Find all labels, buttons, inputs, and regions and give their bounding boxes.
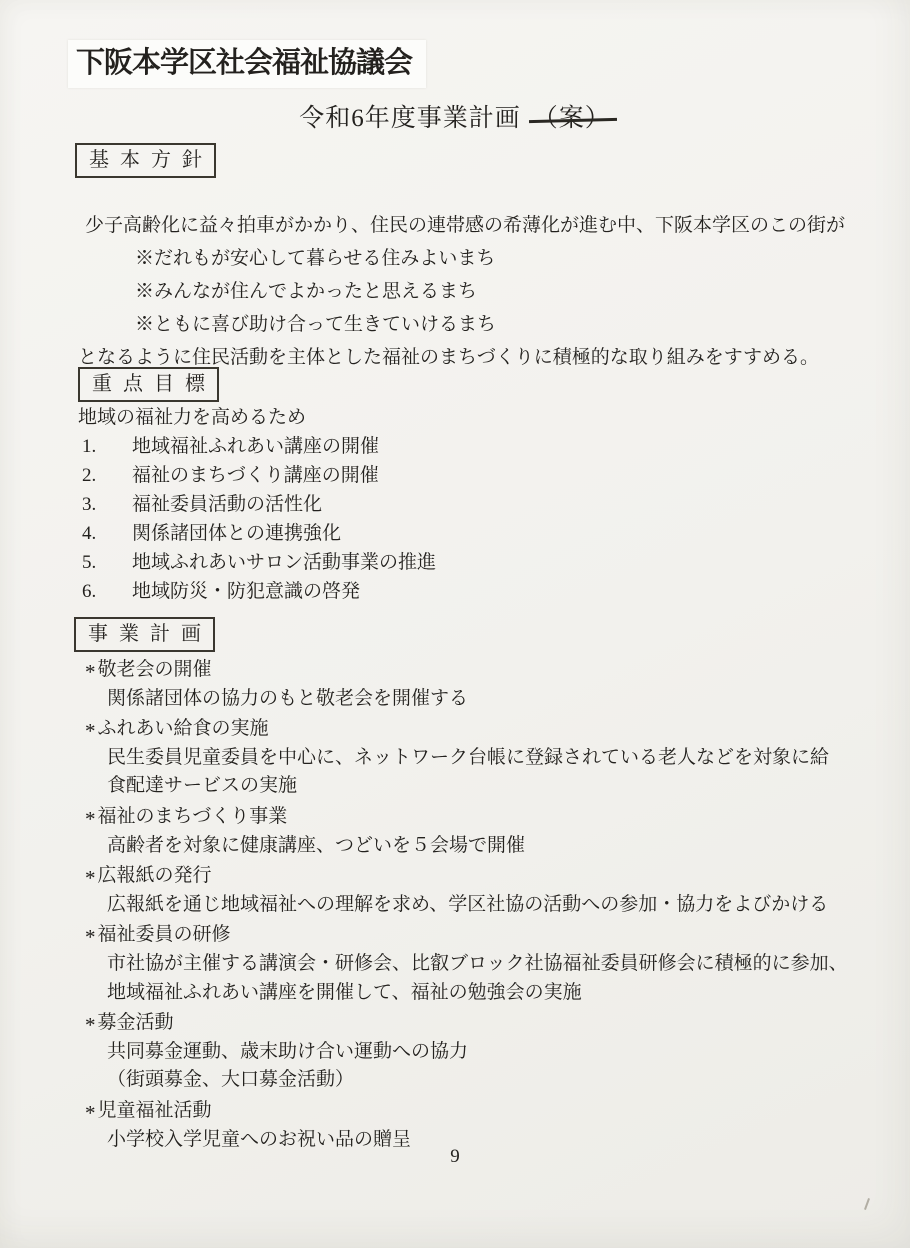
plan-item-detail: 共同募金運動、歳末助け合い運動への協力 bbox=[107, 1038, 910, 1067]
priority-goal-item: 3.福祉委員活動の活性化 bbox=[82, 490, 910, 519]
plan-item-title-text: ふれあい給食の実施 bbox=[98, 718, 269, 739]
plan-title: 令和6年度事業計画（案） bbox=[0, 102, 910, 136]
plan-item-title-text: 児童福祉活動 bbox=[98, 1100, 212, 1121]
organization-title-strip: 下阪本学区社会福祉協議会 bbox=[68, 40, 426, 88]
asterisk-marker: * bbox=[85, 805, 96, 834]
goal-number: 1. bbox=[82, 432, 132, 461]
basic-policy-intro: 少子高齢化に益々拍車がかかり、住民の連帯感の希薄化が進む中、下阪本学区のこの街が bbox=[85, 209, 910, 242]
priority-goal-item: 1.地域福祉ふれあい講座の開催 bbox=[82, 432, 910, 461]
goal-text: 福祉のまちづくり講座の開催 bbox=[132, 465, 379, 486]
plan-item-detail: 市社協が主催する講演会・研修会、比叡ブロック社協福祉委員研修会に積極的に参加、 bbox=[107, 950, 910, 979]
asterisk-marker: * bbox=[85, 1011, 96, 1040]
section-heading-basic-policy: 基本方針 bbox=[75, 143, 216, 178]
plan-item-title: *福祉委員の研修 bbox=[85, 919, 910, 950]
organization-title: 下阪本学区社会福祉協議会 bbox=[76, 45, 412, 81]
plan-item-title-text: 募金活動 bbox=[98, 1012, 174, 1033]
plan-item-title-text: 福祉委員の研修 bbox=[98, 924, 231, 945]
plan-item-title: *福祉のまちづくり事業 bbox=[85, 801, 910, 832]
section-heading-priority-goals: 重点目標 bbox=[78, 367, 219, 402]
scan-artifact bbox=[864, 1198, 870, 1210]
document-page: 下阪本学区社会福祉協議会 令和6年度事業計画（案） 基本方針 少子高齢化に益々拍… bbox=[0, 0, 910, 1248]
goal-text: 関係諸団体との連携強化 bbox=[132, 523, 341, 544]
goal-text: 福祉委員活動の活性化 bbox=[132, 494, 322, 515]
plan-item-title: *ふれあい給食の実施 bbox=[85, 713, 910, 744]
plan-item-title-text: 福祉のまちづくり事業 bbox=[98, 806, 288, 827]
priority-goals-lead: 地域の福祉力を高めるため bbox=[78, 403, 910, 432]
goal-number: 5. bbox=[82, 548, 132, 577]
plan-item-title: *募金活動 bbox=[85, 1007, 910, 1038]
priority-goal-item: 2.福祉のまちづくり講座の開催 bbox=[82, 461, 910, 490]
plan-item-detail: 関係諸団体の協力のもと敬老会を開催する bbox=[107, 685, 910, 714]
priority-goals-list: 1.地域福祉ふれあい講座の開催 2.福祉のまちづくり講座の開催 3.福祉委員活動… bbox=[0, 432, 910, 606]
section-heading-business-plan: 事業計画 bbox=[74, 617, 215, 652]
plan-title-draft-struckthrough: （案） bbox=[533, 102, 611, 136]
plan-item-detail: （街頭募金、大口募金活動） bbox=[107, 1066, 910, 1095]
goal-number: 3. bbox=[82, 490, 132, 519]
plan-item-title: *児童福祉活動 bbox=[85, 1095, 910, 1126]
basic-policy-motto: ※みんなが住んでよかったと思えるまち bbox=[135, 275, 910, 308]
basic-policy-motto: ※ともに喜び助け合って生きていけるまち bbox=[135, 308, 910, 341]
asterisk-marker: * bbox=[85, 1099, 96, 1128]
asterisk-marker: * bbox=[85, 717, 96, 746]
plan-item-detail: 高齢者を対象に健康講座、つどいを５会場で開催 bbox=[107, 832, 910, 861]
goal-number: 6. bbox=[82, 577, 132, 606]
plan-item-title: *敬老会の開催 bbox=[85, 654, 910, 685]
goal-text: 地域ふれあいサロン活動事業の推進 bbox=[132, 552, 436, 573]
priority-goal-item: 5.地域ふれあいサロン活動事業の推進 bbox=[82, 548, 910, 577]
goal-number: 2. bbox=[82, 461, 132, 490]
goal-text: 地域福祉ふれあい講座の開催 bbox=[132, 436, 379, 457]
priority-goal-item: 6.地域防災・防犯意識の啓発 bbox=[82, 577, 910, 606]
asterisk-marker: * bbox=[85, 658, 96, 687]
business-plan-list: *敬老会の開催 関係諸団体の協力のもと敬老会を開催する *ふれあい給食の実施 民… bbox=[0, 654, 910, 1154]
basic-policy-closing: となるように住民活動を主体とした福祉のまちづくりに積極的な取り組みをすすめる。 bbox=[78, 341, 910, 374]
goal-text: 地域防災・防犯意識の啓発 bbox=[132, 581, 360, 602]
asterisk-marker: * bbox=[85, 864, 96, 893]
plan-item-title: *広報紙の発行 bbox=[85, 860, 910, 891]
asterisk-marker: * bbox=[85, 923, 96, 952]
page-number: 9 bbox=[0, 1146, 910, 1168]
plan-item-detail: 食配達サービスの実施 bbox=[107, 772, 910, 801]
basic-policy-paragraph: 少子高齢化に益々拍車がかかり、住民の連帯感の希薄化が進む中、下阪本学区のこの街が… bbox=[0, 209, 910, 374]
plan-item-detail: 広報紙を通じ地域福祉への理解を求め、学区社協の活動への参加・協力をよびかける bbox=[107, 891, 910, 920]
priority-goal-item: 4.関係諸団体との連携強化 bbox=[82, 519, 910, 548]
plan-item-detail: 地域福祉ふれあい講座を開催して、福祉の勉強会の実施 bbox=[107, 979, 910, 1008]
plan-item-detail: 民生委員児童委員を中心に、ネットワーク台帳に登録されている老人などを対象に給 bbox=[107, 744, 910, 773]
basic-policy-motto: ※だれもが安心して暮らせる住みよいまち bbox=[135, 242, 910, 275]
plan-title-text: 令和6年度事業計画 bbox=[299, 105, 521, 132]
goal-number: 4. bbox=[82, 519, 132, 548]
plan-item-title-text: 広報紙の発行 bbox=[98, 865, 212, 886]
plan-item-title-text: 敬老会の開催 bbox=[98, 659, 212, 680]
